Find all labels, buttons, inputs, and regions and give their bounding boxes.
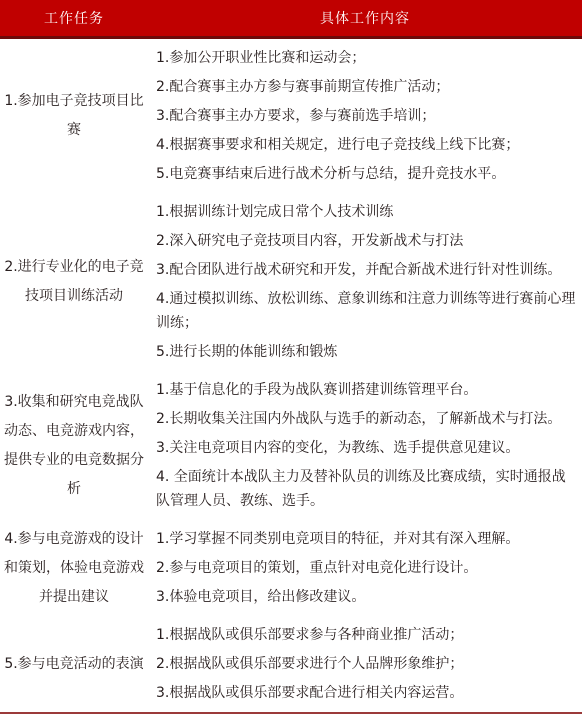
task-cell: 5.参与电竞活动的表演: [0, 616, 148, 713]
content-item: 2.参与电竞项目的策划，重点针对电竞化进行设计。: [156, 556, 576, 580]
task-cell: 2.进行专业化的电子竞技项目训练活动: [0, 193, 148, 371]
table-header: 工作任务 具体工作内容: [0, 0, 582, 38]
work-duty-table: 工作任务 具体工作内容 1.参加电子竞技项目比赛1.参加公开职业性比赛和运动会；…: [0, 0, 582, 714]
table-row: 3.收集和研究电竞战队动态、电竞游戏内容，提供专业的电竞数据分析1.基于信息化的…: [0, 371, 582, 520]
content-item: 3.体验电竞项目，给出修改建议。: [156, 585, 576, 609]
content-item: 1.根据训练计划完成日常个人技术训练: [156, 200, 576, 224]
table-row: 2.进行专业化的电子竞技项目训练活动1.根据训练计划完成日常个人技术训练2.深入…: [0, 193, 582, 371]
content-cell: 1.基于信息化的手段为战队赛训搭建训练管理平台。2.长期收集关注国内外战队与选手…: [148, 371, 582, 520]
content-cell: 1.根据训练计划完成日常个人技术训练2.深入研究电子竞技项目内容，开发新战术与打…: [148, 193, 582, 371]
header-col-tasks: 工作任务: [0, 0, 148, 38]
content-item: 5.进行长期的体能训练和锻炼: [156, 340, 576, 364]
content-item: 4. 全面统计本战队主力及替补队员的训练及比赛成绩，实时通报战队管理人员、教练、…: [156, 465, 576, 513]
content-item: 2.根据战队或俱乐部要求进行个人品牌形象维护；: [156, 652, 576, 676]
content-item: 4.根据赛事要求和相关规定，进行电子竞技线上线下比赛；: [156, 133, 576, 157]
content-cell: 1.学习掌握不同类别电竞项目的特征，并对其有深入理解。2.参与电竞项目的策划，重…: [148, 520, 582, 616]
table-body: 1.参加电子竞技项目比赛1.参加公开职业性比赛和运动会；2.配合赛事主办方参与赛…: [0, 38, 582, 714]
header-row: 工作任务 具体工作内容: [0, 0, 582, 38]
content-item: 2.长期收集关注国内外战队与选手的新动态，了解新战术与打法。: [156, 407, 576, 431]
content-item: 3.关注电竞项目内容的变化，为教练、选手提供意见建议。: [156, 436, 576, 460]
content-cell: 1.根据战队或俱乐部要求参与各种商业推广活动；2.根据战队或俱乐部要求进行个人品…: [148, 616, 582, 713]
content-item: 2.配合赛事主办方参与赛事前期宣传推广活动；: [156, 75, 576, 99]
header-col-details: 具体工作内容: [148, 0, 582, 38]
content-item: 1.参加公开职业性比赛和运动会；: [156, 46, 576, 70]
content-item: 1.学习掌握不同类别电竞项目的特征，并对其有深入理解。: [156, 527, 576, 551]
table-row: 4.参与电竞游戏的设计和策划，体验电竞游戏并提出建议1.学习掌握不同类别电竞项目…: [0, 520, 582, 616]
content-item: 3.配合赛事主办方要求，参与赛前选手培训；: [156, 104, 576, 128]
content-cell: 1.参加公开职业性比赛和运动会；2.配合赛事主办方参与赛事前期宣传推广活动；3.…: [148, 38, 582, 194]
content-item: 5.电竞赛事结束后进行战术分析与总结，提升竞技水平。: [156, 162, 576, 186]
content-item: 1.根据战队或俱乐部要求参与各种商业推广活动；: [156, 623, 576, 647]
content-item: 3.配合团队进行战术研究和开发，并配合新战术进行针对性训练。: [156, 258, 576, 282]
task-cell: 4.参与电竞游戏的设计和策划，体验电竞游戏并提出建议: [0, 520, 148, 616]
task-cell: 3.收集和研究电竞战队动态、电竞游戏内容，提供专业的电竞数据分析: [0, 371, 148, 520]
content-item: 1.基于信息化的手段为战队赛训搭建训练管理平台。: [156, 378, 576, 402]
document-page: 工作任务 具体工作内容 1.参加电子竞技项目比赛1.参加公开职业性比赛和运动会；…: [0, 0, 582, 721]
content-item: 2.深入研究电子竞技项目内容，开发新战术与打法: [156, 229, 576, 253]
table-row: 1.参加电子竞技项目比赛1.参加公开职业性比赛和运动会；2.配合赛事主办方参与赛…: [0, 38, 582, 194]
table-row: 5.参与电竞活动的表演1.根据战队或俱乐部要求参与各种商业推广活动；2.根据战队…: [0, 616, 582, 713]
task-cell: 1.参加电子竞技项目比赛: [0, 38, 148, 194]
content-item: 4.通过模拟训练、放松训练、意象训练和注意力训练等进行赛前心理训练；: [156, 287, 576, 335]
content-item: 3.根据战队或俱乐部要求配合进行相关内容运营。: [156, 681, 576, 705]
